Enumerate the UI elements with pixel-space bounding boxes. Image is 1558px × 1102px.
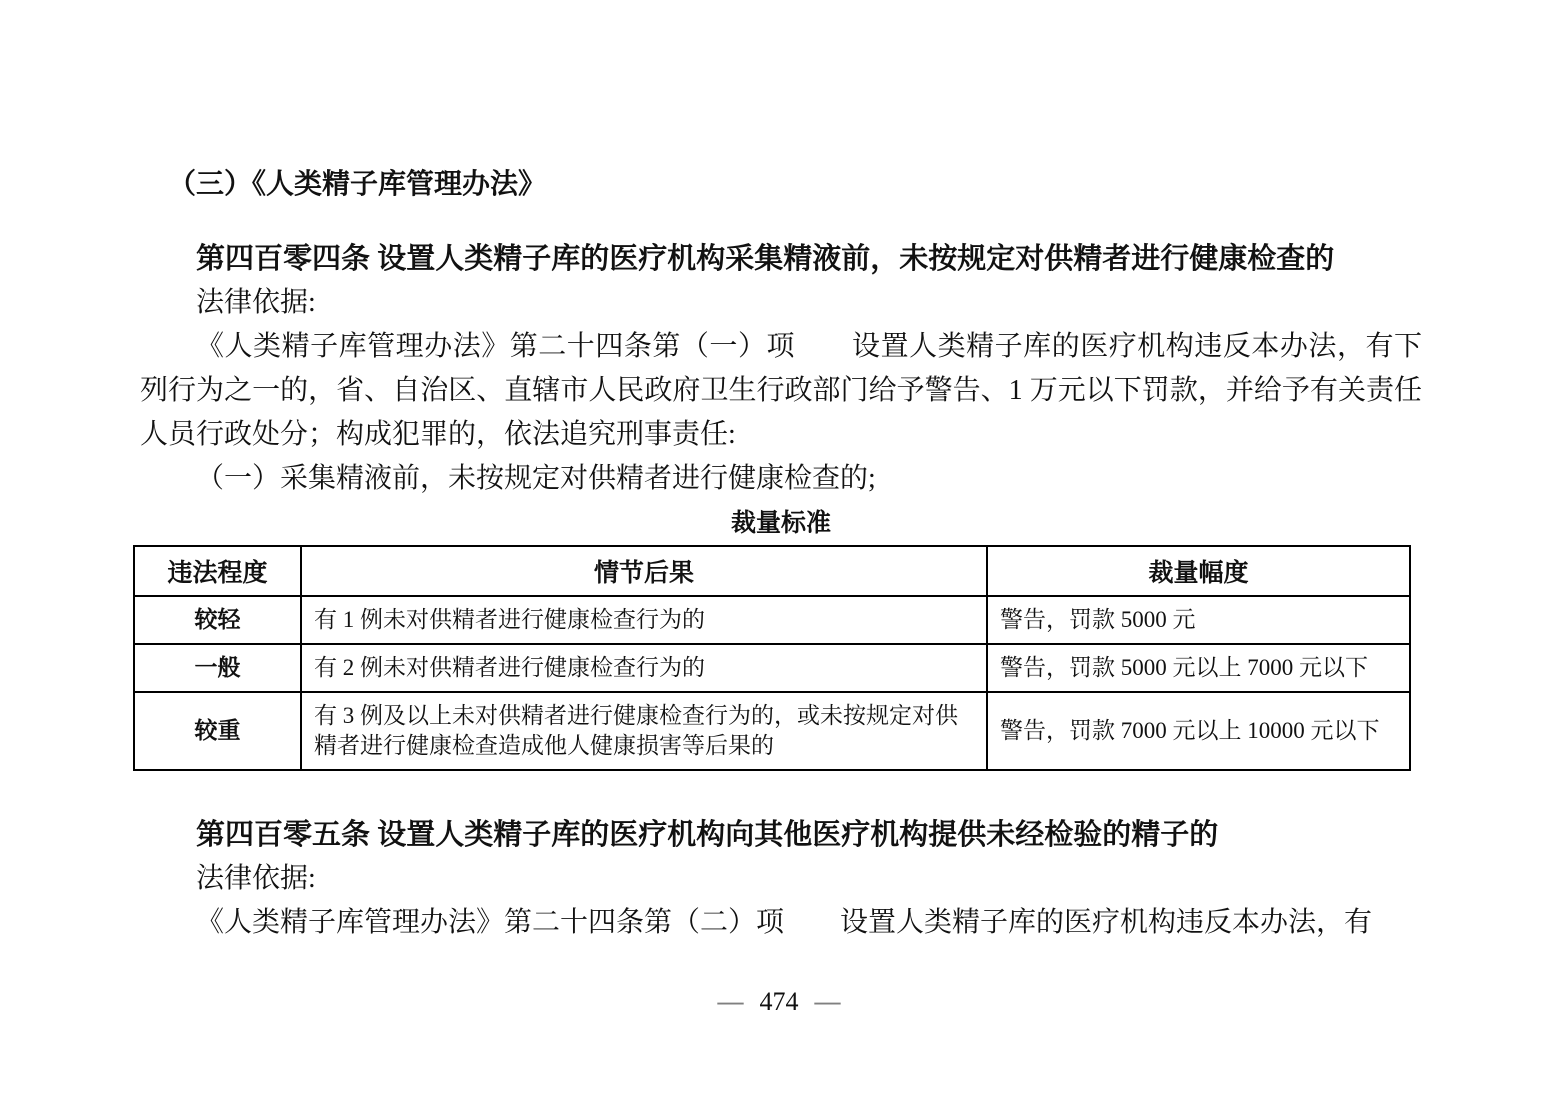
row-3-range: 警告，罚款 7000 元以上 10000 元以下 xyxy=(987,692,1410,770)
row-3-circumstance: 有 3 例及以上未对供精者进行健康检查行为的，或未按规定对供精者进行健康检查造成… xyxy=(301,692,987,770)
article-404-legal-basis-label: 法律依据: xyxy=(140,281,1422,325)
page-footer: —474— xyxy=(0,985,1558,1019)
article-404-title: 第四百零四条 设置人类精子库的医疗机构采集精液前，未按规定对供精者进行健康检查的 xyxy=(140,237,1422,281)
row-1-circumstance: 有 1 例未对供精者进行健康检查行为的 xyxy=(301,596,987,644)
article-404-paragraph-1: 《人类精子库管理办法》第二十四条第（一）项 设置人类精子库的医疗机构违反本办法，… xyxy=(140,325,1422,457)
section-heading: （三）《人类精子库管理办法》 xyxy=(168,165,1422,205)
row-1-severity: 较轻 xyxy=(134,596,301,644)
article-405-paragraph-1: 《人类精子库管理办法》第二十四条第（二）项 设置人类精子库的医疗机构违反本办法，… xyxy=(140,901,1422,945)
article-405-title: 第四百零五条 设置人类精子库的医疗机构向其他医疗机构提供未经检验的精子的 xyxy=(140,813,1422,857)
document-page: （三）《人类精子库管理办法》 第四百零四条 设置人类精子库的医疗机构采集精液前，… xyxy=(0,0,1558,1102)
header-violation-degree: 违法程度 xyxy=(134,546,301,596)
row-3-severity: 较重 xyxy=(134,692,301,770)
article-405-legal-basis-label: 法律依据: xyxy=(140,857,1422,901)
page-number: 474 xyxy=(760,987,799,1016)
header-discretion-range: 裁量幅度 xyxy=(987,546,1410,596)
header-circumstance: 情节后果 xyxy=(301,546,987,596)
table-row: 较重 有 3 例及以上未对供精者进行健康检查行为的，或未按规定对供精者进行健康检… xyxy=(134,692,1410,770)
table-header-row: 违法程度 情节后果 裁量幅度 xyxy=(134,546,1410,596)
row-2-range: 警告，罚款 5000 元以上 7000 元以下 xyxy=(987,644,1410,692)
footer-left-dash: — xyxy=(718,987,744,1016)
row-2-severity: 一般 xyxy=(134,644,301,692)
discretion-table-title: 裁量标准 xyxy=(140,501,1422,545)
row-2-circumstance: 有 2 例未对供精者进行健康检查行为的 xyxy=(301,644,987,692)
table-row: 较轻 有 1 例未对供精者进行健康检查行为的 警告，罚款 5000 元 xyxy=(134,596,1410,644)
page-content: （三）《人类精子库管理办法》 第四百零四条 设置人类精子库的医疗机构采集精液前，… xyxy=(140,165,1422,945)
table-row: 一般 有 2 例未对供精者进行健康检查行为的 警告，罚款 5000 元以上 70… xyxy=(134,644,1410,692)
footer-right-dash: — xyxy=(815,987,841,1016)
article-404-paragraph-2: （一）采集精液前，未按规定对供精者进行健康检查的; xyxy=(140,457,1422,501)
discretion-standards-table: 违法程度 情节后果 裁量幅度 较轻 有 1 例未对供精者进行健康检查行为的 警告… xyxy=(133,545,1411,771)
row-1-range: 警告，罚款 5000 元 xyxy=(987,596,1410,644)
